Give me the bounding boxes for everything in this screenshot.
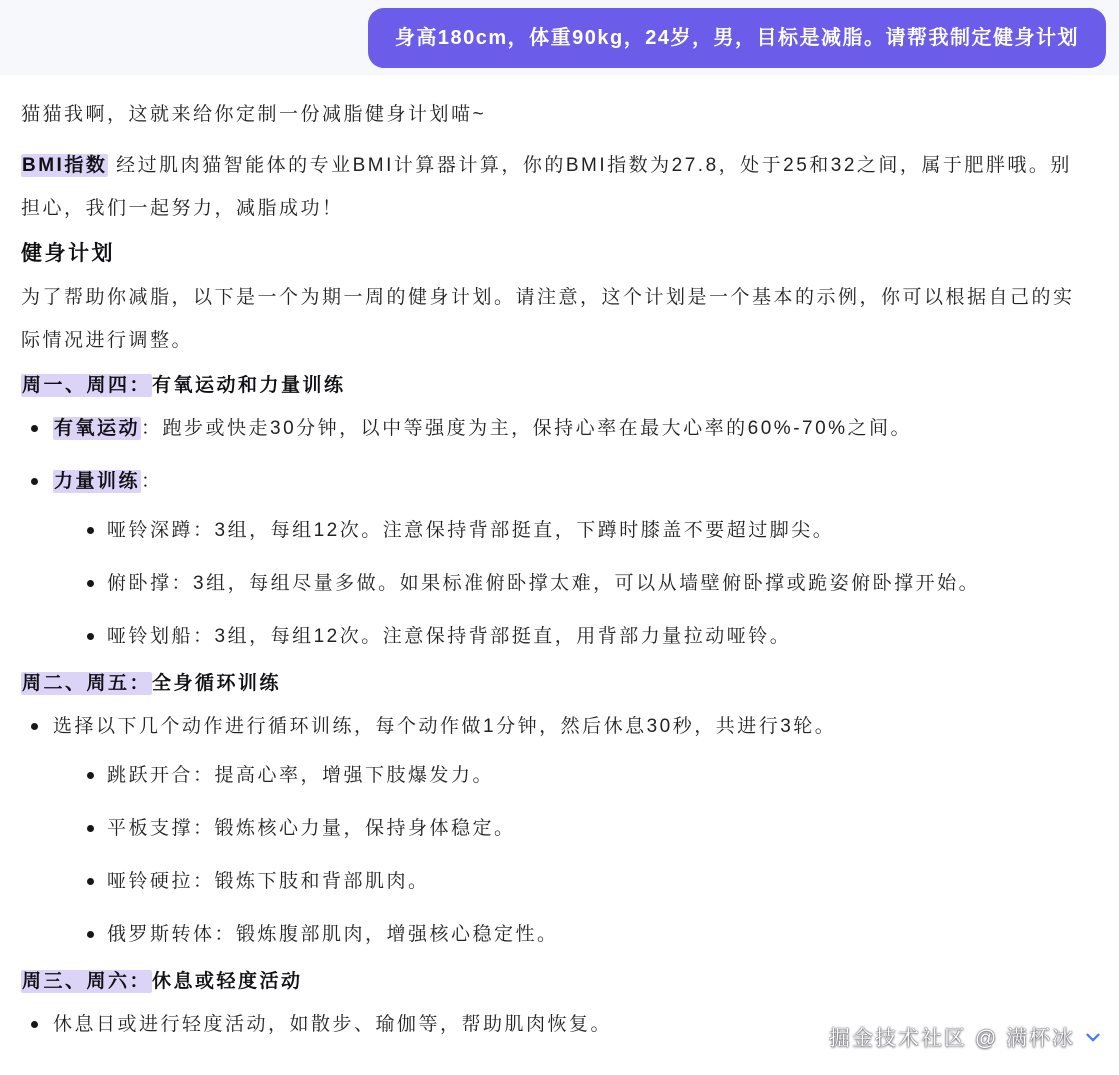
bmi-text: 经过肌肉猫智能体的专业BMI计算器计算，你的BMI指数为27.8，处于25和32… — [21, 155, 1072, 219]
item-term: 力量训练 — [53, 470, 141, 493]
bullet-list: 选择以下几个动作进行循环训练，每个动作做1分钟，然后休息30秒，共进行3轮。 跳… — [21, 705, 1081, 956]
user-message-row: 身高180cm，体重90kg，24岁，男，目标是减脂。请帮我制定健身计划 — [0, 0, 1119, 75]
sub-bullet-list: 跳跃开合：提高心率，增强下肢爆发力。 平板支撑：锻炼核心力量，保持身体稳定。 哑… — [53, 754, 1081, 956]
item-desc: 休息日或进行轻度活动，如散步、瑜伽等，帮助肌肉恢复。 — [53, 1014, 612, 1035]
section-heading: 周二、周五：全身循环训练 — [21, 668, 1081, 700]
item-colon: ： — [141, 418, 163, 439]
sub-list-item: 俯卧撑：3组，每组尽量多做。如果标准俯卧撑太难，可以从墙壁俯卧撑或跪姿俯卧撑开始… — [53, 562, 1081, 605]
sub-list-item: 跳跃开合：提高心率，增强下肢爆发力。 — [53, 754, 1081, 797]
plan-section-tue-fri: 周二、周五：全身循环训练 选择以下几个动作进行循环训练，每个动作做1分钟，然后休… — [21, 668, 1081, 956]
sub-list-item: 俄罗斯转体：锻炼腹部肌肉，增强核心稳定性。 — [53, 913, 1081, 956]
bmi-label: BMI指数 — [21, 154, 108, 177]
section-heading: 周一、周四：有氧运动和力量训练 — [21, 370, 1081, 402]
plan-section-mon-thu: 周一、周四：有氧运动和力量训练 有氧运动：跑步或快走30分钟，以中等强度为主，保… — [21, 370, 1081, 658]
watermark-text: 掘金技术社区 @ 满杯冰 — [829, 1022, 1075, 1052]
sub-bullet-list: 哑铃深蹲：3组，每组12次。注意保持背部挺直，下蹲时膝盖不要超过脚尖。 俯卧撑：… — [53, 509, 1081, 658]
item-desc: 选择以下几个动作进行循环训练，每个动作做1分钟，然后休息30秒，共进行3轮。 — [53, 716, 836, 737]
item-colon: ： — [141, 471, 163, 492]
plan-intro: 为了帮助你减脂，以下是一个为期一周的健身计划。请注意，这个计划是一个基本的示例，… — [21, 276, 1081, 362]
section-title: 有氧运动和力量训练 — [152, 375, 346, 396]
section-heading: 周三、周六：休息或轻度活动 — [21, 966, 1081, 998]
sub-list-item: 平板支撑：锻炼核心力量，保持身体稳定。 — [53, 807, 1081, 850]
user-message-bubble: 身高180cm，体重90kg，24岁，男，目标是减脂。请帮我制定健身计划 — [368, 8, 1106, 68]
sub-list-item: 哑铃划船：3组，每组12次。注意保持背部挺直，用背部力量拉动哑铃。 — [53, 615, 1081, 658]
list-item: 选择以下几个动作进行循环训练，每个动作做1分钟，然后休息30秒，共进行3轮。 跳… — [21, 705, 1081, 956]
assistant-response: 猫猫我啊，这就来给你定制一份减脂健身计划喵~ BMI指数 经过肌肉猫智能体的专业… — [0, 75, 1119, 1046]
intro-line: 猫猫我啊，这就来给你定制一份减脂健身计划喵~ — [21, 93, 1081, 136]
item-term: 有氧运动 — [53, 417, 141, 440]
section-title: 全身循环训练 — [152, 673, 281, 694]
item-desc: 跑步或快走30分钟，以中等强度为主，保持心率在最大心率的60%-70%之间。 — [163, 418, 913, 439]
sub-list-item: 哑铃深蹲：3组，每组12次。注意保持背部挺直，下蹲时膝盖不要超过脚尖。 — [53, 509, 1081, 552]
chevron-down-icon[interactable] — [1082, 1026, 1104, 1048]
watermark: 掘金技术社区 @ 满杯冰 — [829, 1022, 1104, 1052]
day-label: 周一、周四： — [21, 374, 152, 397]
bmi-paragraph: BMI指数 经过肌肉猫智能体的专业BMI计算器计算，你的BMI指数为27.8，处… — [21, 144, 1081, 230]
day-label: 周二、周五： — [21, 672, 152, 695]
list-item: 有氧运动：跑步或快走30分钟，以中等强度为主，保持心率在最大心率的60%-70%… — [21, 407, 1081, 450]
day-label: 周三、周六： — [21, 970, 152, 993]
list-item: 力量训练： 哑铃深蹲：3组，每组12次。注意保持背部挺直，下蹲时膝盖不要超过脚尖… — [21, 460, 1081, 658]
sub-list-item: 哑铃硬拉：锻炼下肢和背部肌肉。 — [53, 860, 1081, 903]
section-title: 休息或轻度活动 — [152, 971, 303, 992]
plan-title: 健身计划 — [21, 238, 1081, 270]
bullet-list: 有氧运动：跑步或快走30分钟，以中等强度为主，保持心率在最大心率的60%-70%… — [21, 407, 1081, 658]
